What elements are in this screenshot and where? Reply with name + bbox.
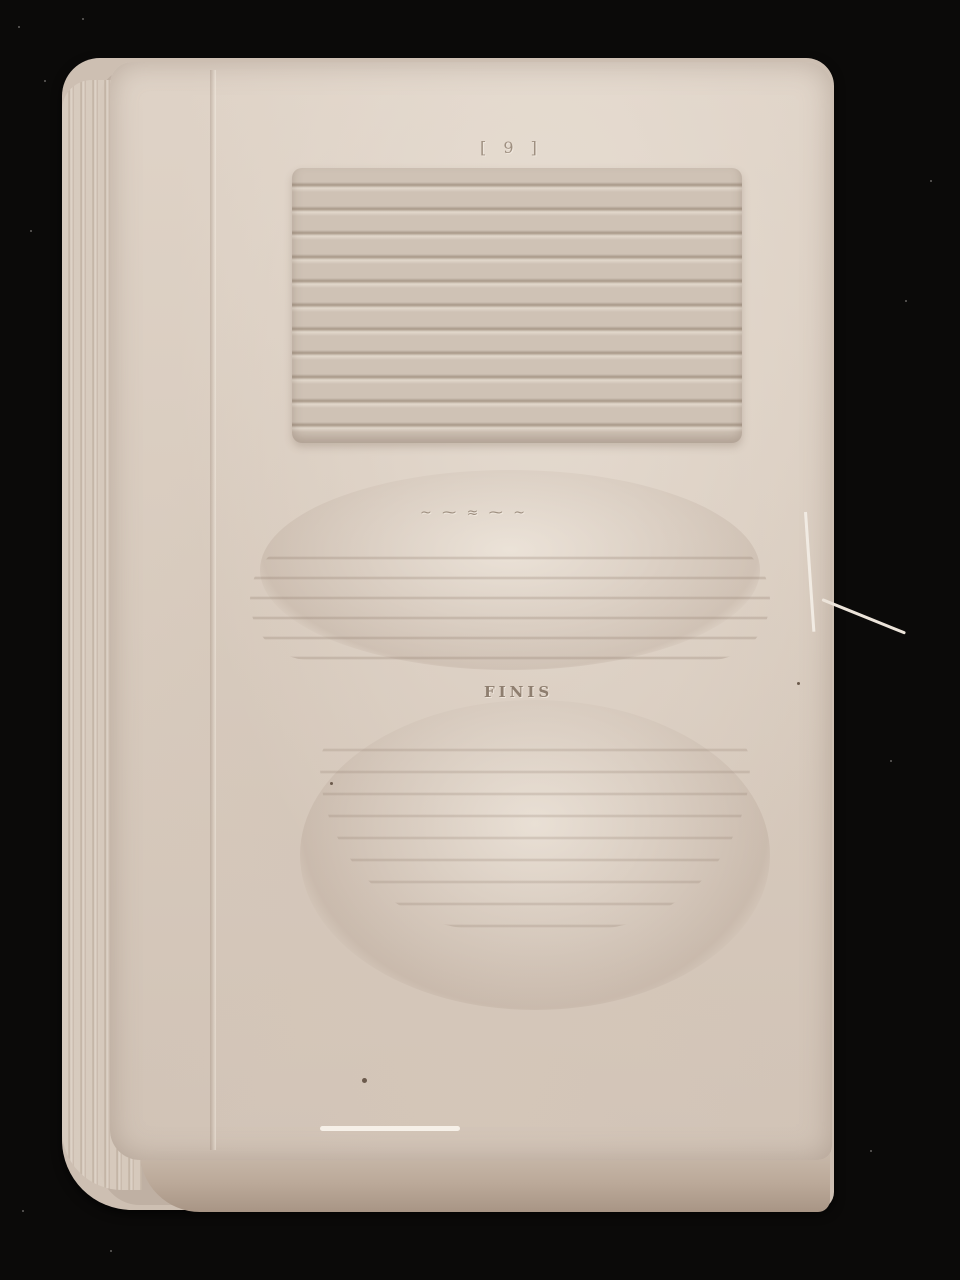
dust-speck — [30, 230, 32, 232]
dust-speck — [18, 26, 20, 28]
spine-fold — [210, 70, 216, 1150]
dust-speck — [110, 1250, 112, 1252]
dust-speck — [44, 80, 46, 82]
embossed-text-block — [292, 168, 742, 443]
ornament-line: ~ ⁓ ≈ ⁓ ~ — [420, 505, 528, 521]
foxing-spot — [797, 682, 800, 685]
embossed-lines-middle — [250, 540, 770, 660]
dust-speck — [82, 18, 84, 20]
paper-edge-highlight — [320, 1126, 460, 1131]
section-heading: FINIS — [484, 683, 553, 701]
dust-speck — [870, 1150, 872, 1152]
dust-speck — [22, 1210, 24, 1212]
dust-speck — [930, 180, 932, 182]
dust-speck — [890, 760, 892, 762]
dust-speck — [905, 300, 907, 302]
foxing-spot — [330, 782, 333, 785]
foxing-spot — [362, 1078, 367, 1083]
page-number-mark: [ 9 ] — [480, 138, 543, 157]
